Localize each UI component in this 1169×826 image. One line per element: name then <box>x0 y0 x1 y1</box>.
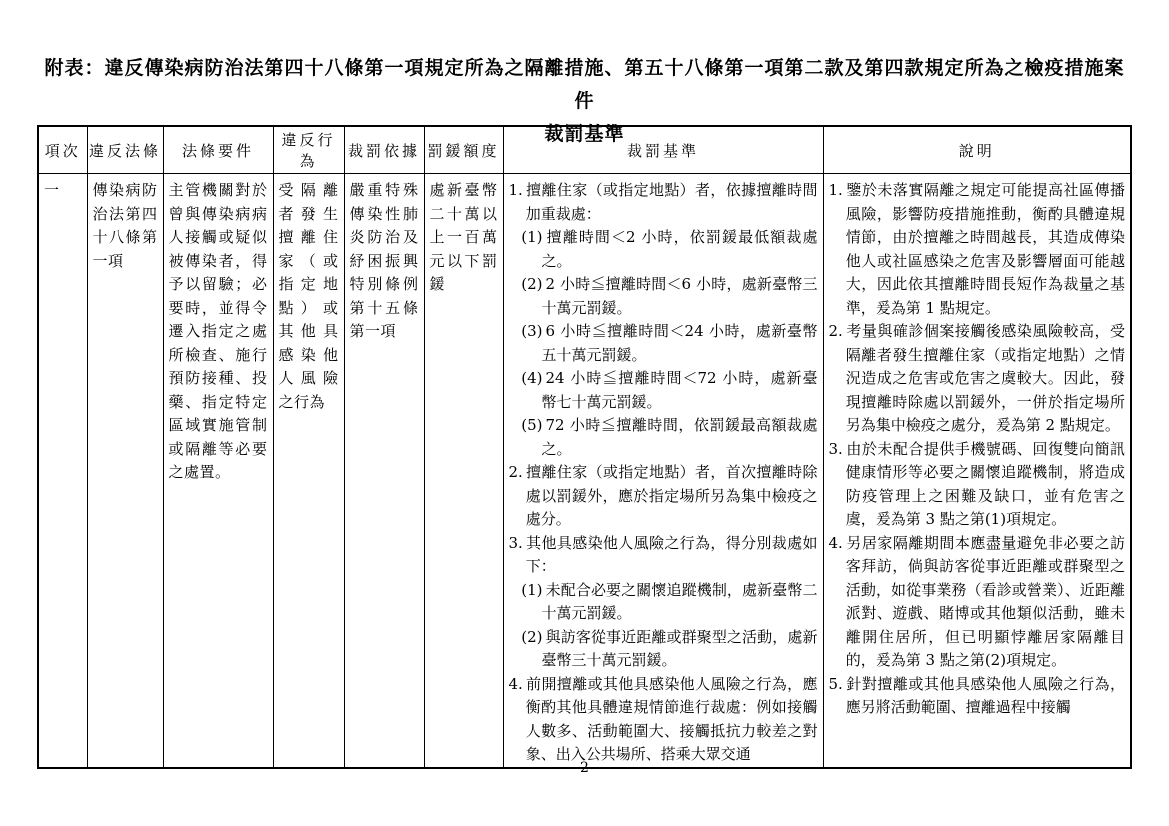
penalty-sub-item: (2)與訪客從事近距離或群聚型之活動，處新臺幣三十萬元罰鍰。 <box>521 626 817 673</box>
explanation-text: 針對擅離或其他具感染他人風險之行為，應另將活動範圍、擅離過程中接觸 <box>846 675 1125 717</box>
cell-violation-act: 受隔離者發生擅離住家（或指定地點）或其他具感染他人風險之行為 <box>273 174 344 768</box>
cell-item-no: 一 <box>38 174 87 768</box>
header-item-no: 項次 <box>38 126 87 174</box>
penalty-sub-text: 與訪客從事近距離或群聚型之活動，處新臺幣三十萬元罰鍰。 <box>542 628 818 670</box>
penalty-item-no: 2. <box>509 463 523 481</box>
explanation-no: 4. <box>829 534 843 552</box>
penalty-item: 1.擅離住家（或指定地點）者，依據擅離時間加重裁處： <box>509 179 818 226</box>
page-number: 2 <box>0 760 1169 776</box>
cell-law-elements: 主管機關對於曾與傳染病病人接觸或疑似被傳染者，得予以留驗；必要時，並得令遷入指定… <box>163 174 273 768</box>
explanation-no: 2. <box>829 322 843 340</box>
explanation-text: 考量與確診個案接觸後感染風險較高，受隔離者發生擅離住家（或指定地點）之情況造成之… <box>846 322 1125 434</box>
header-explanation: 說明 <box>823 126 1131 174</box>
header-law-elements: 法條要件 <box>163 126 273 174</box>
explanation-text: 鑒於未落實隔離之規定可能提高社區傳播風險，影響防疫措施推動，衡酌具體違規情節，由… <box>846 181 1125 317</box>
header-violation-act: 違反行為 <box>273 126 344 174</box>
penalty-sub-no: (3) <box>521 322 542 340</box>
penalty-item-no: 3. <box>509 534 523 552</box>
table-row: 一 傳染病防治法第四十八條第一項 主管機關對於曾與傳染病病人接觸或疑似被傳染者，… <box>38 174 1131 768</box>
header-penalty-basis: 裁罰依據 <box>344 126 424 174</box>
penalty-sub-text: 未配合必要之關懷追蹤機制，處新臺幣二十萬元罰鍰。 <box>542 581 818 623</box>
penalty-sub-no: (2) <box>521 628 542 646</box>
penalty-sub-no: (1) <box>521 581 542 599</box>
table-header-row: 項次 違反法條 法條要件 違反行為 裁罰依據 罰鍰額度 裁罰基準 說明 <box>38 126 1131 174</box>
document-page: 附表：違反傳染病防治法第四十八條第一項規定所為之隔離措施、第五十八條第一項第二款… <box>0 0 1169 826</box>
penalty-sub-no: (1) <box>521 228 542 246</box>
penalty-sub-no: (2) <box>521 275 542 293</box>
penalty-sub-no: (4) <box>521 369 542 387</box>
penalty-item-text: 前開擅離或其他具感染他人風險之行為，應衡酌其他具體違規情節進行裁處：例如接觸人數… <box>526 675 818 764</box>
explanation-no: 3. <box>829 440 843 458</box>
penalty-sub-item: (1)擅離時間＜2 小時，依罰鍰最低額裁處之。 <box>521 226 817 273</box>
penalty-sub-text: 72 小時≦擅離時間，依罰鍰最高額裁處之。 <box>542 416 818 458</box>
cell-penalty-basis: 嚴重特殊傳染性肺炎防治及紓困振興特別條例第十五條第一項 <box>344 174 424 768</box>
penalty-item-text: 其他具感染他人風險之行為，得分別裁處如下： <box>526 534 818 576</box>
explanation-text: 由於未配合提供手機號碼、回復雙向簡訊健康情形等必要之關懷追蹤機制，將造成防疫管理… <box>846 440 1125 529</box>
header-violated-law: 違反法條 <box>87 126 163 174</box>
header-penalty-standard: 裁罰基準 <box>503 126 823 174</box>
explanation-item: 3.由於未配合提供手機號碼、回復雙向簡訊健康情形等必要之關懷追蹤機制，將造成防疫… <box>829 438 1126 532</box>
explanation-item: 2.考量與確診個案接觸後感染風險較高，受隔離者發生擅離住家（或指定地點）之情況造… <box>829 320 1126 438</box>
penalty-standards-table: 項次 違反法條 法條要件 違反行為 裁罰依據 罰鍰額度 裁罰基準 說明 一 傳染… <box>37 125 1132 769</box>
explanation-no: 5. <box>829 675 843 693</box>
penalty-sub-item: (3)6 小時≦擅離時間＜24 小時，處新臺幣五十萬元罰鍰。 <box>521 320 817 367</box>
penalty-sub-item: (2)2 小時≦擅離時間＜6 小時，處新臺幣三十萬元罰鍰。 <box>521 273 817 320</box>
penalty-sub-text: 24 小時≦擅離時間＜72 小時，處新臺幣七十萬元罰鍰。 <box>542 369 818 411</box>
explanation-item: 1.鑒於未落實隔離之規定可能提高社區傳播風險，影響防疫措施推動，衡酌具體違規情節… <box>829 179 1126 320</box>
penalty-item: 4.前開擅離或其他具感染他人風險之行為，應衡酌其他具體違規情節進行裁處：例如接觸… <box>509 673 818 767</box>
header-fine-range: 罰鍰額度 <box>424 126 503 174</box>
cell-violated-law: 傳染病防治法第四十八條第一項 <box>87 174 163 768</box>
explanation-item: 4.另居家隔離期間本應盡量避免非必要之訪客拜訪，倘與訪客從事近距離或群聚型之活動… <box>829 532 1126 673</box>
penalty-item-no: 1. <box>509 181 523 199</box>
penalty-sub-item: (1)未配合必要之關懷追蹤機制，處新臺幣二十萬元罰鍰。 <box>521 579 817 626</box>
penalty-sub-item: (4)24 小時≦擅離時間＜72 小時，處新臺幣七十萬元罰鍰。 <box>521 367 817 414</box>
penalty-item-no: 4. <box>509 675 523 693</box>
cell-fine-range: 處新臺幣二十萬以上一百萬元以下罰鍰 <box>424 174 503 768</box>
cell-penalty-standards: 1.擅離住家（或指定地點）者，依據擅離時間加重裁處： (1)擅離時間＜2 小時，… <box>503 174 823 768</box>
cell-explanations: 1.鑒於未落實隔離之規定可能提高社區傳播風險，影響防疫措施推動，衡酌具體違規情節… <box>823 174 1131 768</box>
penalty-sub-text: 擅離時間＜2 小時，依罰鍰最低額裁處之。 <box>542 228 818 270</box>
explanation-item: 5.針對擅離或其他具感染他人風險之行為，應另將活動範圍、擅離過程中接觸 <box>829 673 1126 720</box>
penalty-item: 3.其他具感染他人風險之行為，得分別裁處如下： <box>509 532 818 579</box>
penalty-item-text: 擅離住家（或指定地點）者，依據擅離時間加重裁處： <box>526 181 818 223</box>
penalty-sub-text: 6 小時≦擅離時間＜24 小時，處新臺幣五十萬元罰鍰。 <box>542 322 818 364</box>
penalty-item-text: 擅離住家（或指定地點）者，首次擅離時除處以罰鍰外，應於指定場所另為集中檢疫之處分… <box>526 463 818 528</box>
penalty-item: 2.擅離住家（或指定地點）者，首次擅離時除處以罰鍰外，應於指定場所另為集中檢疫之… <box>509 461 818 532</box>
penalty-sub-text: 2 小時≦擅離時間＜6 小時，處新臺幣三十萬元罰鍰。 <box>542 275 818 317</box>
explanation-no: 1. <box>829 181 843 199</box>
explanation-text: 另居家隔離期間本應盡量避免非必要之訪客拜訪，倘與訪客從事近距離或群聚型之活動，如… <box>846 534 1125 670</box>
page-title-line1: 附表：違反傳染病防治法第四十八條第一項規定所為之隔離措施、第五十八條第一項第二款… <box>40 52 1129 118</box>
penalty-sub-item: (5)72 小時≦擅離時間，依罰鍰最高額裁處之。 <box>521 414 817 461</box>
penalty-sub-no: (5) <box>521 416 542 434</box>
